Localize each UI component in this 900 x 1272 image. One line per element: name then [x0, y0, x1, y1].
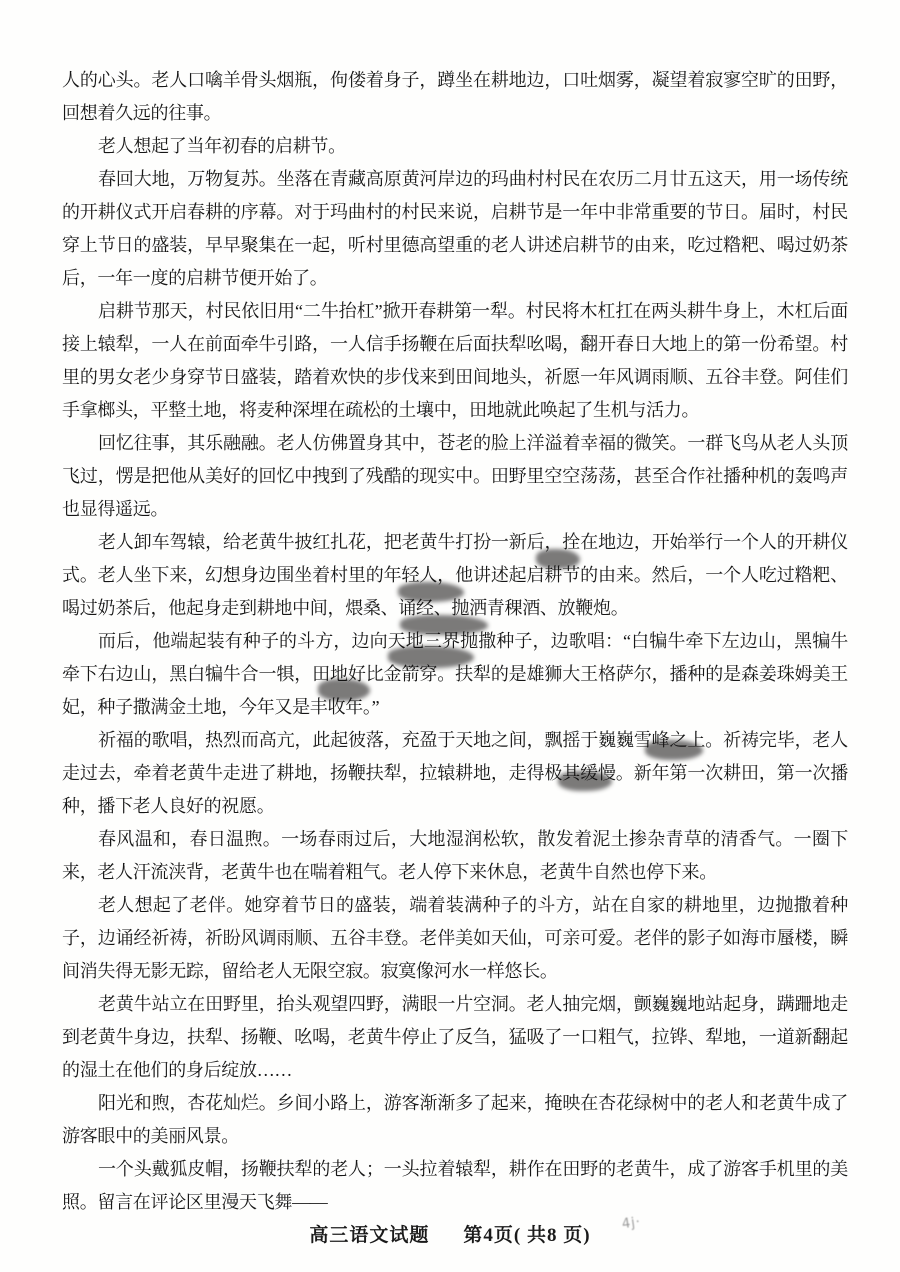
passage-content: 人的心头。老人口噙羊骨头烟瓶，佝偻着身子，蹲坐在耕地边，口吐烟雾，凝望着寂寥空旷… — [62, 64, 848, 1214]
scanned-exam-page: 人的心头。老人口噙羊骨头烟瓶，佝偻着身子，蹲坐在耕地边，口吐烟雾，凝望着寂寥空旷… — [0, 0, 900, 1272]
passage-paragraph: 老人想起了当年初春的启耕节。 — [62, 130, 848, 163]
passage-paragraph: 而后，他端起装有种子的斗方，边向天地三界抛撒种子，边歌唱：“白犏牛牵下左边山，黑… — [62, 625, 848, 724]
passage-paragraph: 春风温和，春日温煦。一场春雨过后，大地湿润松软，散发着泥土掺杂青草的清香气。一圈… — [62, 823, 848, 889]
passage-paragraph: 祈福的歌唱，热烈而高亢，此起彼落，充盈于天地之间，飘摇于巍巍雪峰之上。祈祷完毕，… — [62, 724, 848, 823]
footer-exam-title: 高三语文试题 — [309, 1220, 429, 1247]
passage-paragraph: 回忆往事，其乐融融。老人仿佛置身其中，苍老的脸上洋溢着幸福的微笑。一群飞鸟从老人… — [62, 427, 848, 526]
passage-paragraph: 启耕节那天，村民依旧用“二牛抬杠”掀开春耕第一犁。村民将木杠扛在两头耕牛身上，木… — [62, 295, 848, 427]
footer-page-number: 第4页( 共8 页) — [463, 1220, 590, 1247]
passage-paragraph: 老黄牛站立在田野里，抬头观望四野，满眼一片空洞。老人抽完烟，颤巍巍地站起身，蹒跚… — [62, 988, 848, 1087]
passage-paragraph: 春回大地，万物复苏。坐落在青藏高原黄河岸边的玛曲村村民在农历二月廿五这天，用一场… — [62, 163, 848, 295]
passage-paragraph: 人的心头。老人口噙羊骨头烟瓶，佝偻着身子，蹲坐在耕地边，口吐烟雾，凝望着寂寥空旷… — [62, 64, 848, 130]
passage-paragraph: 老人卸车驾辕，给老黄牛披红扎花，把老黄牛打扮一新后，拴在地边，开始举行一个人的开… — [62, 526, 848, 625]
pencil-smudge: 4j· — [621, 1215, 642, 1233]
passage-paragraph: 阳光和煦，杏花灿烂。乡间小路上，游客渐渐多了起来，掩映在杏花绿树中的老人和老黄牛… — [62, 1087, 848, 1153]
passage-paragraph: 老人想起了老伴。她穿着节日的盛装，端着装满种子的斗方，站在自家的耕地里，边抛撒着… — [62, 889, 848, 988]
page-footer: 高三语文试题 第4页( 共8 页) — [0, 1220, 900, 1247]
passage-paragraph: 一个头戴狐皮帽，扬鞭扶犁的老人；一头拉着辕犁，耕作在田野的老黄牛，成了游客手机里… — [62, 1153, 848, 1214]
